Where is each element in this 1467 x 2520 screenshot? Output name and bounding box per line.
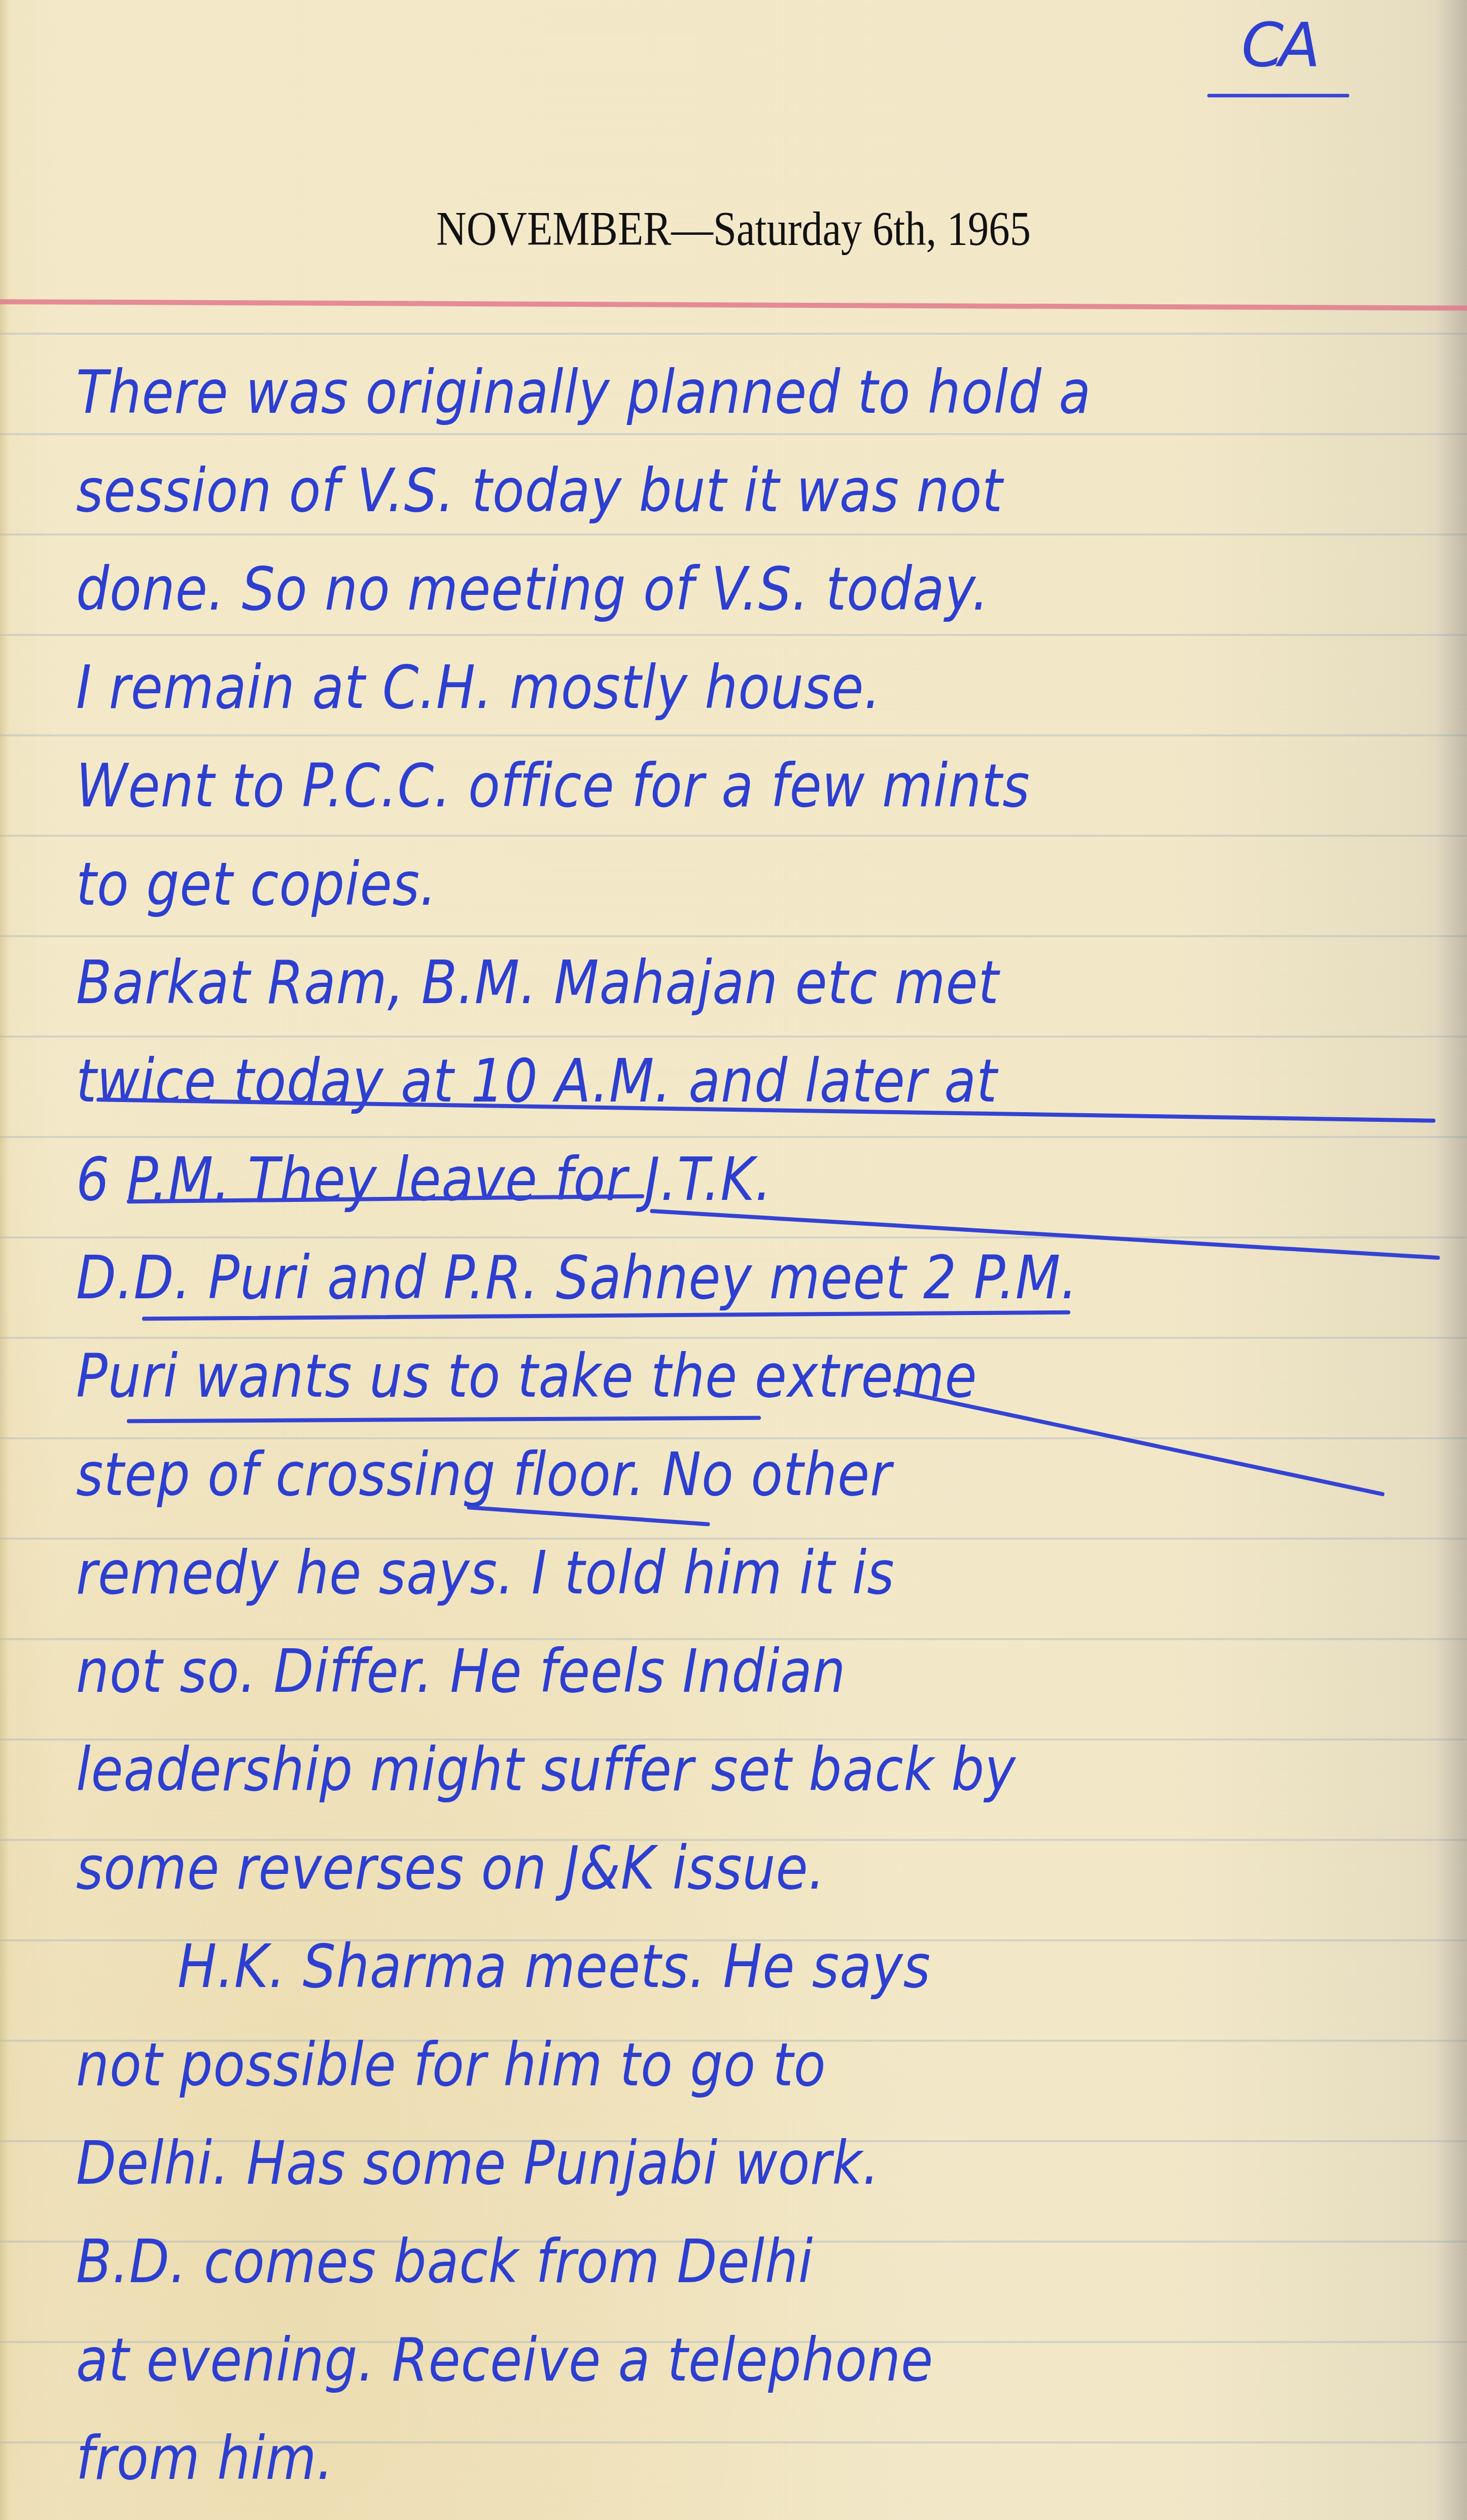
entry-line: not possible for him to go to: [76, 2012, 1246, 2111]
entry-line: Went to P.C.C. office for a few mints: [76, 733, 1246, 832]
header-separator: —: [671, 201, 713, 256]
entry-line: leadership might suffer set back by: [76, 1717, 1246, 1816]
entry-line: Puri wants us to take the extreme: [76, 1324, 1246, 1422]
entry-line: Barkat Ram, B.M. Mahajan etc met: [76, 930, 1246, 1028]
archive-mark: CA: [1202, 15, 1354, 101]
entry-line: not so. Differ. He feels Indian: [76, 1619, 1246, 1717]
entry-line: remedy he says. I told him it is: [76, 1520, 1246, 1619]
binding-shadow: [1437, 0, 1467, 2520]
entry-line: B.D. comes back from Delhi: [76, 2209, 1246, 2308]
diary-page: CA NOVEMBER—Saturday 6th, 1965 There was…: [0, 0, 1467, 2520]
page-date-header: NOVEMBER—Saturday 6th, 1965: [102, 200, 1364, 257]
entry-line: to get copies.: [76, 832, 1246, 930]
entry-line: There was originally planned to hold a: [76, 340, 1246, 438]
header-day-date: Saturday 6th, 1965: [713, 201, 1031, 256]
entry-line: H.K. Sharma meets. He says: [76, 1914, 1246, 2012]
entry-line: from him.: [76, 2406, 1246, 2504]
entry-line: step of crossing floor. No other: [76, 1422, 1246, 1520]
entry-line: done. So no meeting of V.S. today.: [76, 537, 1246, 635]
entry-line: at evening. Receive a telephone: [76, 2308, 1246, 2406]
header-month: NOVEMBER: [436, 201, 671, 256]
entry-line: Delhi. Has some Punjabi work.: [76, 2111, 1246, 2209]
page-edge: [0, 0, 9, 2520]
entry-line: twice today at 10 A.M. and later at: [76, 1028, 1246, 1127]
entry-line: I remain at C.H. mostly house.: [76, 635, 1246, 733]
entry-line: some reverses on J&K issue.: [76, 1816, 1246, 1914]
entry-line: D.D. Puri and P.R. Sahney meet 2 P.M.: [76, 1225, 1246, 1324]
entry-line: session of V.S. today but it was not: [76, 438, 1246, 537]
